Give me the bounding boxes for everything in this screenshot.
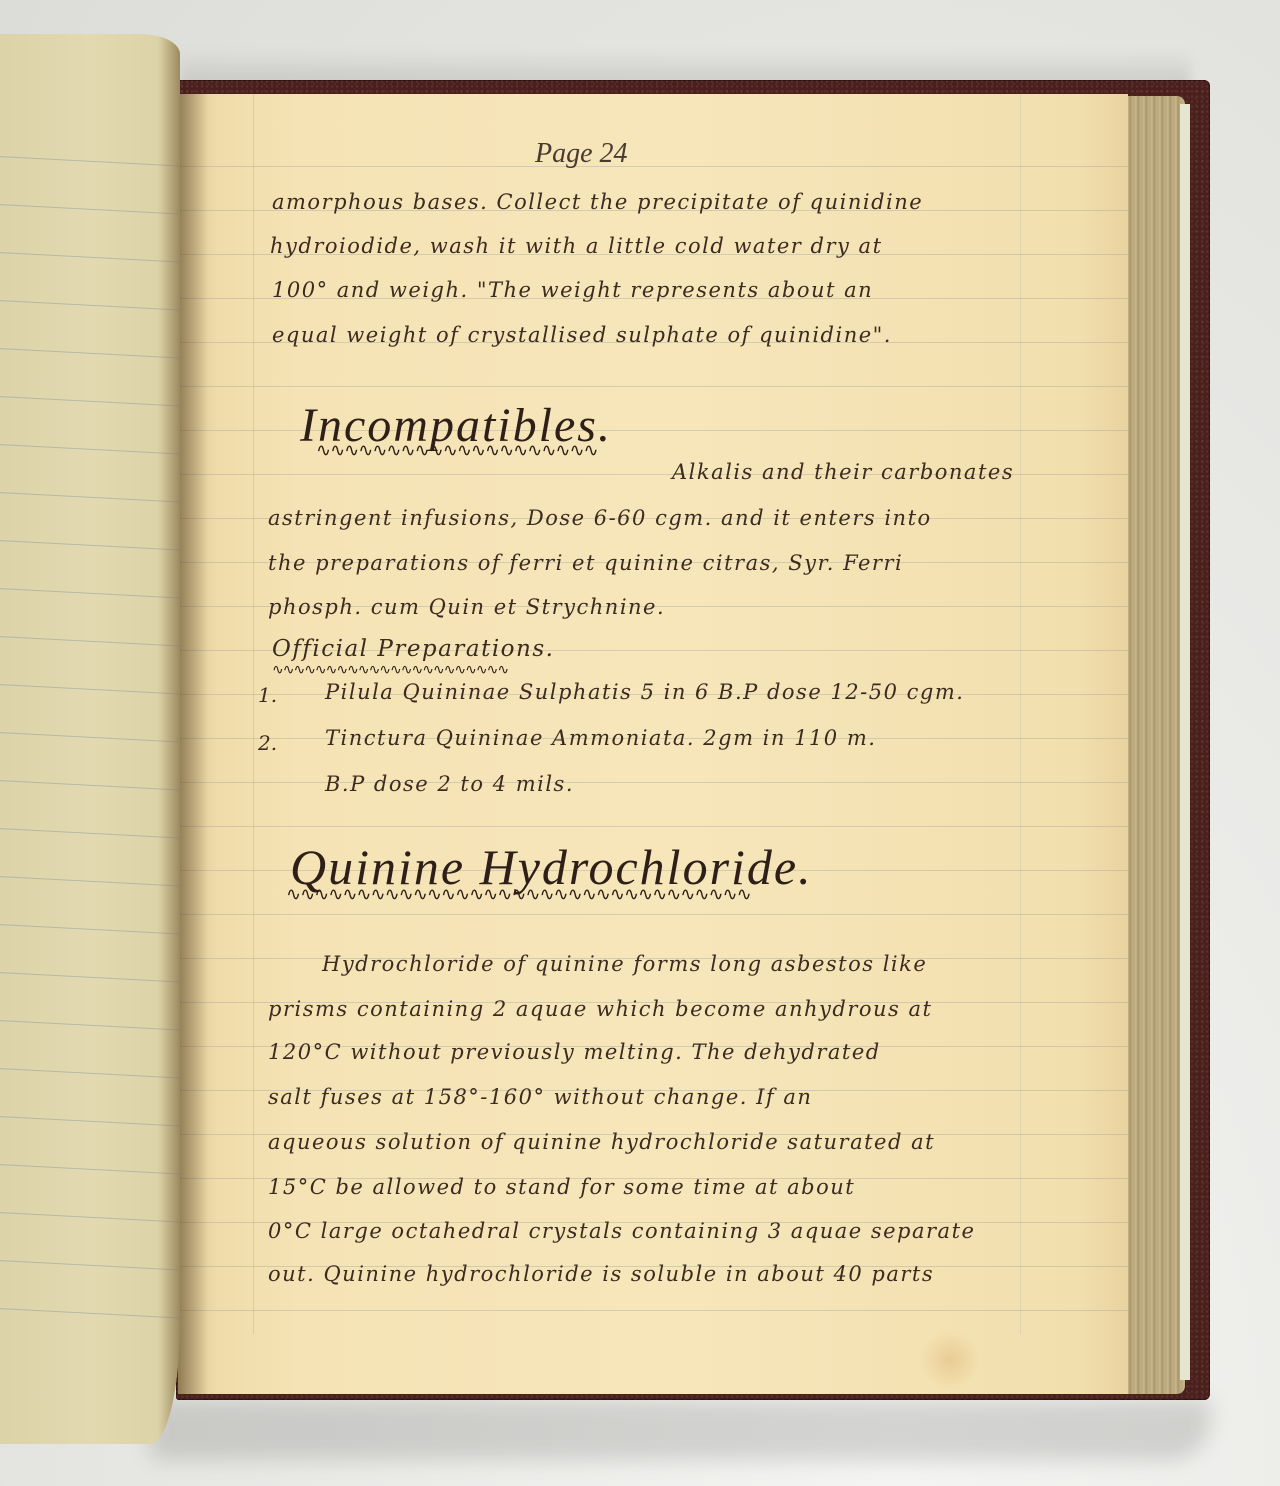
faint-rule xyxy=(0,1018,180,1031)
left-page-curl xyxy=(0,34,180,1444)
subheading-underline: ∿∿∿∿∿∿∿∿∿∿∿∿∿∿∿∿∿∿∿∿∿∿ xyxy=(272,662,508,672)
text-line: the preparations of ferri et quinine cit… xyxy=(268,551,903,575)
faint-rule xyxy=(0,346,180,359)
faint-rule xyxy=(0,730,180,743)
rule-line xyxy=(178,782,1128,783)
faint-rule xyxy=(0,1306,180,1319)
faint-rule xyxy=(0,298,180,311)
rule-line xyxy=(178,914,1128,915)
water-stain xyxy=(920,1330,980,1390)
text-line: astringent infusions, Dose 6-60 cgm. and… xyxy=(268,506,932,530)
text-line: 0°C large octahedral crystals containing… xyxy=(268,1219,975,1243)
text-line: amorphous bases. Collect the precipitate… xyxy=(272,190,923,214)
list-item: Pilula Quininae Sulphatis 5 in 6 B.P dos… xyxy=(325,680,964,704)
faint-rule xyxy=(0,970,180,983)
subheading-official-preparations: Official Preparations. xyxy=(272,636,554,662)
faint-rule xyxy=(0,250,180,263)
book-shadow-bottom xyxy=(150,1400,1210,1460)
faint-rule xyxy=(0,682,180,695)
text-line: salt fuses at 158°-160° without change. … xyxy=(268,1085,812,1109)
text-line: out. Quinine hydrochloride is soluble in… xyxy=(268,1262,934,1286)
list-item: B.P dose 2 to 4 mils. xyxy=(325,772,574,796)
faint-rule xyxy=(0,874,180,887)
rule-line xyxy=(178,1310,1128,1311)
rule-line xyxy=(178,386,1128,387)
rule-line xyxy=(178,166,1128,167)
text-line: equal weight of crystallised sulphate of… xyxy=(272,323,892,347)
text-line: 120°C without previously melting. The de… xyxy=(268,1040,881,1064)
text-line: hydroiodide, wash it with a little cold … xyxy=(270,234,883,258)
faint-rule xyxy=(0,154,180,167)
text-line: 100° and weigh. "The weight represents a… xyxy=(272,278,873,302)
faint-rule xyxy=(0,1114,180,1127)
faint-rule xyxy=(0,1162,180,1175)
faint-rule xyxy=(0,394,180,407)
list-item: Tinctura Quininae Ammoniata. 2gm in 110 … xyxy=(325,726,876,750)
gutter-shadow xyxy=(178,94,208,1394)
faint-rule xyxy=(0,538,180,551)
faint-rule xyxy=(0,586,180,599)
list-number: 1. xyxy=(258,683,277,707)
text-line: phosph. cum Quin et Strychnine. xyxy=(268,595,665,619)
faint-rule xyxy=(0,826,180,839)
text-line: 15°C be allowed to stand for some time a… xyxy=(268,1175,855,1199)
endpaper xyxy=(1180,104,1190,1380)
text-line: Alkalis and their carbonates xyxy=(672,460,1014,484)
text-line: aqueous solution of quinine hydrochlorid… xyxy=(268,1130,935,1154)
text-line: prisms containing 2 aquae which become a… xyxy=(268,997,932,1021)
page-number: Page 24 xyxy=(535,138,628,170)
text-line: Hydrochloride of quinine forms long asbe… xyxy=(322,952,927,976)
faint-rule xyxy=(0,634,180,647)
faint-rule xyxy=(0,1210,180,1223)
faint-rule xyxy=(0,922,180,935)
faint-rule xyxy=(0,490,180,503)
faint-rule xyxy=(0,1258,180,1271)
heading-underline: ∿∿∿∿∿∿∿∿∿∿∿∿∿∿∿∿∿∿∿∿∿∿∿∿∿∿∿∿∿∿∿∿∿ xyxy=(286,884,751,894)
margin-line xyxy=(253,94,254,1334)
faint-rule xyxy=(0,1066,180,1079)
rule-line xyxy=(178,826,1128,827)
faint-rule xyxy=(0,778,180,791)
heading-underline: ∿∿∿∿∿∿∿∿∿∿∿∿∿∿∿∿∿∿∿∿ xyxy=(316,440,598,450)
faint-rule xyxy=(0,202,180,215)
faint-rule xyxy=(0,442,180,455)
page-block-edge xyxy=(1125,96,1185,1394)
right-margin-line xyxy=(1020,94,1021,1334)
list-number: 2. xyxy=(258,731,277,755)
